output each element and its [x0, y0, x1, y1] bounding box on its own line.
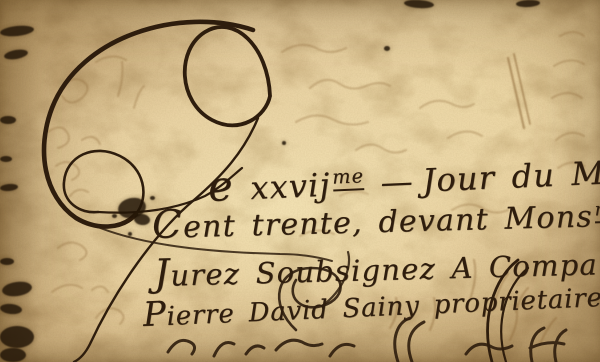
- monsieur-superscript: r: [594, 199, 600, 223]
- ordinal-superscript: me: [332, 165, 365, 192]
- manuscript-photo: e xxvijme—Jour du M Cent trente, devant …: [0, 0, 600, 362]
